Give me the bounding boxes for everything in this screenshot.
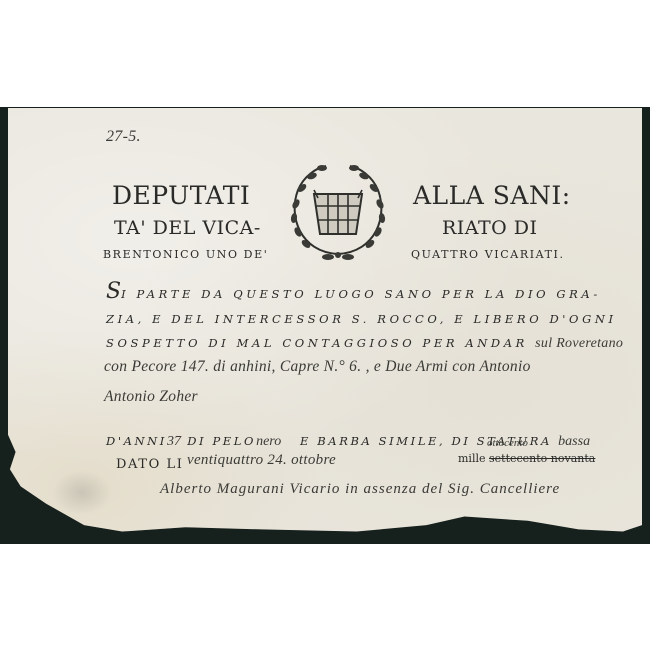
date-label: DATO LI	[116, 457, 184, 472]
signature-handwritten: Alberto Magurani Vicario in assenza del …	[160, 481, 560, 498]
paper-stain	[52, 470, 112, 515]
header-left-line3: BRENTONICO UNO DE'	[103, 248, 268, 261]
year-correction-handwritten: ottocento	[487, 437, 528, 449]
reference-number: 27-5.	[106, 128, 141, 146]
header-right-line3: QUATTRO VICARIATI.	[411, 248, 565, 261]
age-label: D'ANNI	[106, 434, 167, 448]
age-handwritten: 37	[167, 434, 181, 449]
header-left-line2: TA' DEL VICA-	[114, 217, 261, 239]
wreath-with-tub-emblem-icon	[282, 154, 394, 266]
hair-handwritten: nero	[256, 434, 281, 449]
body-line-1-text: I PARTE DA QUESTO LUOGO SANO PER LA DIO …	[121, 287, 601, 301]
date-handwritten: ventiquattro 24. ottobre	[187, 452, 336, 469]
destination-handwritten: sul Roveretano	[535, 336, 623, 351]
livestock-handwritten: con Pecore 147. di anhini, Capre N.° 6. …	[104, 358, 531, 376]
year-struck: settecento novanta	[489, 452, 595, 465]
body-line-1: SI PARTE DA QUESTO LUOGO SANO PER LA DIO…	[106, 279, 601, 304]
header-right-line1: ALLA SANI:	[413, 181, 571, 210]
body-line-2: ZIA, E DEL INTERCESSOR S. ROCCO, E LIBER…	[106, 312, 617, 326]
stature-handwritten: bassa	[558, 434, 590, 449]
year-line: mille settecento novanta	[458, 452, 595, 465]
header-left-line1: DEPUTATI	[112, 181, 250, 210]
body-initial: S	[106, 279, 121, 304]
year-printed: mille	[458, 452, 486, 465]
traveler-name-handwritten: Antonio Zoher	[104, 388, 198, 406]
body-line-3-printed: SOSPETTO DI MAL CONTAGGIOSO PER ANDAR	[106, 336, 528, 350]
body-line-3: SOSPETTO DI MAL CONTAGGIOSO PER ANDAR su…	[106, 336, 623, 352]
hair-label: DI PELO	[187, 434, 256, 448]
header-right-line2: RIATO DI	[442, 217, 538, 239]
